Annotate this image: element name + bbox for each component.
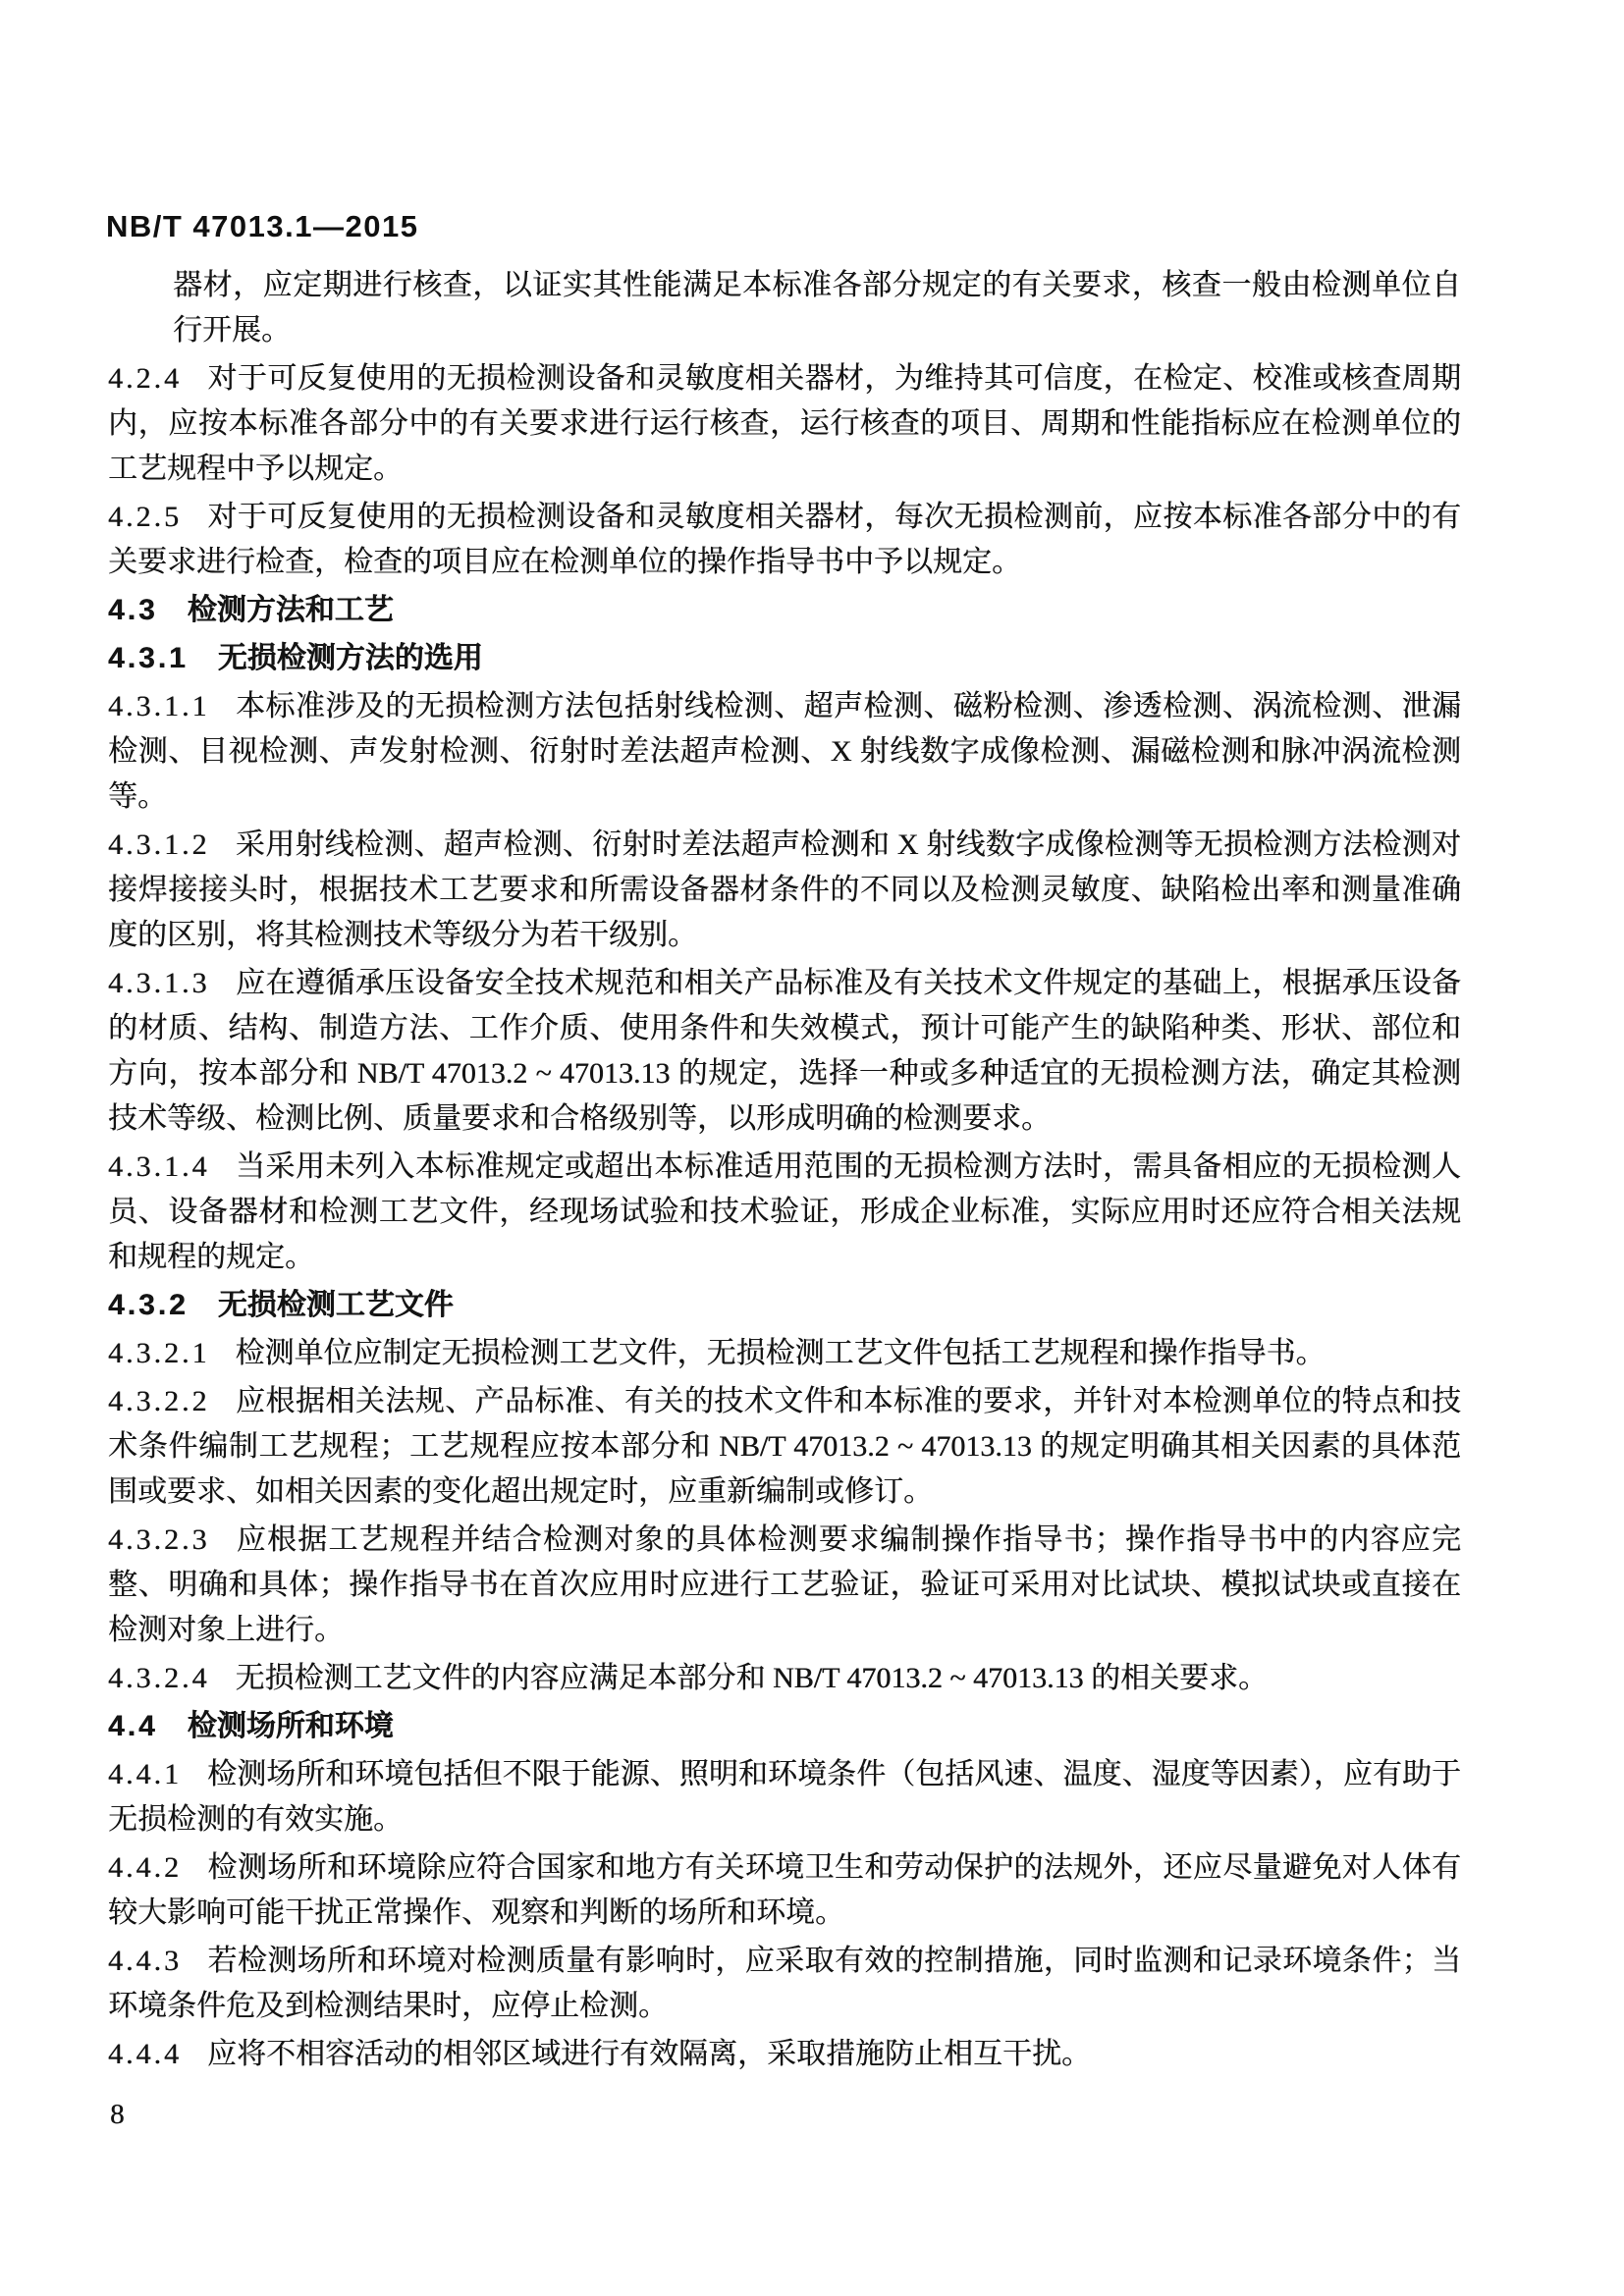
document-page: NB/T 47013.1—2015 器材，应定期进行核查，以证实其性能满足本标准…	[0, 0, 1624, 2296]
clause-paragraph: 4.3.2.4无损检测工艺文件的内容应满足本部分和 NB/T 47013.2 ~…	[108, 1656, 1461, 1701]
clause-paragraph: 4.3.2.2应根据相关法规、产品标准、有关的技术文件和本标准的要求，并针对本检…	[108, 1379, 1461, 1515]
clause-paragraph: 4.4.4应将不相容活动的相邻区域进行有效隔离，采取措施防止相互干扰。	[108, 2032, 1461, 2077]
clause-text: 应将不相容活动的相邻区域进行有效隔离，采取措施防止相互干扰。	[207, 2038, 1091, 2070]
clause-text: 若检测场所和环境对检测质量有影响时，应采取有效的控制措施，同时监测和记录环境条件…	[108, 1945, 1461, 2022]
clause-paragraph: 4.2.4对于可反复使用的无损检测设备和灵敏度相关器材，为维持其可信度，在检定、…	[108, 356, 1461, 492]
clause-paragraph: 4.4.2检测场所和环境除应符合国家和地方有关环境卫生和劳动保护的法规外，还应尽…	[108, 1845, 1461, 1936]
clause-number: 4.4.3	[108, 1945, 182, 1977]
clause-number: 4.3.2.2	[108, 1385, 210, 1417]
clause-number: 4.3.1.1	[108, 690, 210, 722]
clause-number: 4.3.2.4	[108, 1662, 210, 1694]
clause-text: 检测方法和工艺	[188, 594, 394, 626]
clause-text: 应根据工艺规程并结合检测对象的具体检测要求编制操作指导书；操作指导书中的内容应完…	[108, 1523, 1461, 1646]
clause-paragraph: 4.3.2.1检测单位应制定无损检测工艺文件，无损检测工艺文件包括工艺规程和操作…	[108, 1331, 1461, 1376]
clause-number: 4.3.2.1	[108, 1337, 210, 1369]
clause-text: 无损检测工艺文件	[218, 1289, 454, 1321]
clause-number: 4.2.4	[108, 362, 182, 395]
clause-paragraph: 4.3.1.3应在遵循承压设备安全技术规范和相关产品标准及有关技术文件规定的基础…	[108, 961, 1461, 1142]
clause-number: 4.4.1	[108, 1758, 182, 1790]
clause-text: 应根据相关法规、产品标准、有关的技术文件和本标准的要求，并针对本检测单位的特点和…	[108, 1385, 1461, 1508]
clause-text: 当采用未列入本标准规定或超出本标准适用范围的无损检测方法时，需具备相应的无损检测…	[108, 1150, 1461, 1273]
clause-text: 检测场所和环境	[188, 1710, 394, 1742]
section-heading: 4.3.1无损检测方法的选用	[108, 636, 1461, 681]
clause-number: 4.3	[108, 594, 158, 626]
clause-text: 本标准涉及的无损检测方法包括射线检测、超声检测、磁粉检测、渗透检测、涡流检测、泄…	[108, 690, 1461, 813]
clause-number: 4.3.1	[108, 642, 189, 674]
clause-paragraph: 4.4.1检测场所和环境包括但不限于能源、照明和环境条件（包括风速、温度、湿度等…	[108, 1752, 1461, 1842]
page-number: 8	[110, 2099, 125, 2131]
clause-text: 无损检测方法的选用	[218, 642, 483, 674]
continuation-paragraph: 器材，应定期进行核查，以证实其性能满足本标准各部分规定的有关要求，核查一般由检测…	[173, 263, 1461, 353]
clause-number: 4.3.1.2	[108, 828, 210, 861]
clause-text: 对于可反复使用的无损检测设备和灵敏度相关器材，每次无损检测前，应按本标准各部分中…	[108, 501, 1461, 578]
clause-text: 对于可反复使用的无损检测设备和灵敏度相关器材，为维持其可信度，在检定、校准或核查…	[108, 362, 1461, 485]
clause-text: 检测场所和环境包括但不限于能源、照明和环境条件（包括风速、温度、湿度等因素），应…	[108, 1758, 1461, 1836]
section-heading: 4.3.2无损检测工艺文件	[108, 1283, 1461, 1328]
clause-paragraph: 4.2.5对于可反复使用的无损检测设备和灵敏度相关器材，每次无损检测前，应按本标…	[108, 495, 1461, 585]
clause-number: 4.3.1.3	[108, 967, 210, 999]
clause-number: 4.2.5	[108, 501, 182, 533]
clause-paragraph: 4.3.2.3应根据工艺规程并结合检测对象的具体检测要求编制操作指导书；操作指导…	[108, 1518, 1461, 1653]
clause-text: 应在遵循承压设备安全技术规范和相关产品标准及有关技术文件规定的基础上，根据承压设…	[108, 967, 1461, 1135]
document-body: 器材，应定期进行核查，以证实其性能满足本标准各部分规定的有关要求，核查一般由检测…	[108, 260, 1461, 2077]
doc-number-header: NB/T 47013.1—2015	[106, 209, 418, 244]
clause-number: 4.3.2	[108, 1289, 189, 1321]
clause-paragraph: 4.3.1.1本标准涉及的无损检测方法包括射线检测、超声检测、磁粉检测、渗透检测…	[108, 684, 1461, 820]
clause-number: 4.4.2	[108, 1851, 182, 1884]
section-heading: 4.4检测场所和环境	[108, 1704, 1461, 1749]
clause-text: 器材，应定期进行核查，以证实其性能满足本标准各部分规定的有关要求，核查一般由检测…	[173, 269, 1461, 347]
clause-paragraph: 4.3.1.2采用射线检测、超声检测、衍射时差法超声检测和 X 射线数字成像检测…	[108, 823, 1461, 958]
clause-text: 无损检测工艺文件的内容应满足本部分和 NB/T 47013.2 ~ 47013.…	[236, 1662, 1269, 1694]
clause-text: 检测场所和环境除应符合国家和地方有关环境卫生和劳动保护的法规外，还应尽量避免对人…	[108, 1851, 1461, 1929]
clause-number: 4.3.1.4	[108, 1150, 210, 1183]
clause-text: 检测单位应制定无损检测工艺文件，无损检测工艺文件包括工艺规程和操作指导书。	[236, 1337, 1326, 1369]
clause-number: 4.3.2.3	[108, 1523, 210, 1556]
clause-number: 4.4.4	[108, 2038, 182, 2070]
clause-paragraph: 4.4.3若检测场所和环境对检测质量有影响时，应采取有效的控制措施，同时监测和记…	[108, 1939, 1461, 2029]
clause-text: 采用射线检测、超声检测、衍射时差法超声检测和 X 射线数字成像检测等无损检测方法…	[108, 828, 1461, 951]
clause-number: 4.4	[108, 1710, 158, 1742]
section-heading: 4.3检测方法和工艺	[108, 588, 1461, 633]
clause-paragraph: 4.3.1.4当采用未列入本标准规定或超出本标准适用范围的无损检测方法时，需具备…	[108, 1145, 1461, 1280]
